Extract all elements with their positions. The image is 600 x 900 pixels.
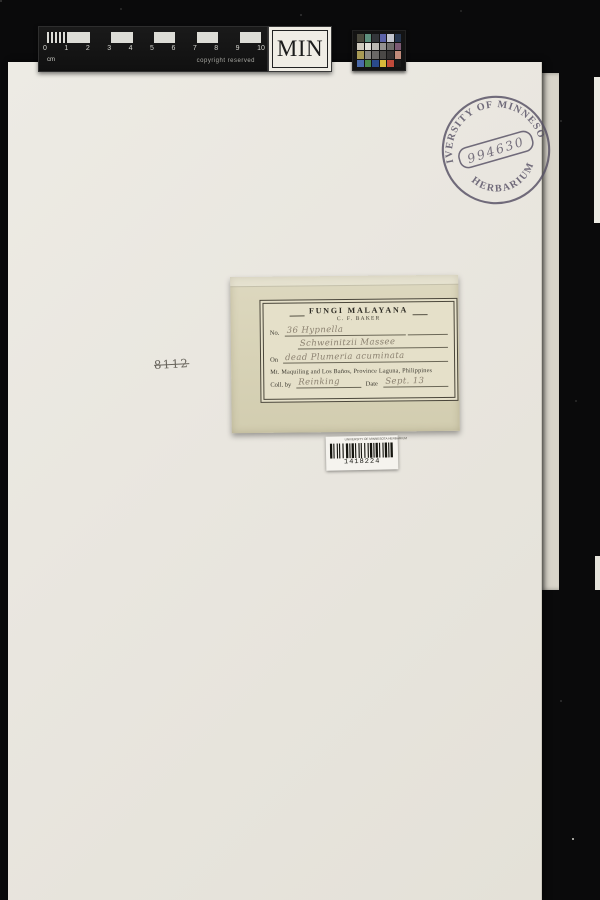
scale-segment: [68, 32, 89, 43]
paper-edge-sliver-bottom: [595, 556, 600, 590]
barcode-bar: [370, 443, 373, 458]
barcode-bar: [342, 443, 343, 458]
scale-number: 2: [86, 45, 90, 52]
barcode-header: UNIVERSITY OF MINNESOTA HERBARIUM: [345, 438, 379, 441]
barcode-bar: [358, 443, 359, 458]
color-patch: [380, 51, 387, 59]
color-patch: [372, 51, 379, 59]
color-patch: [387, 51, 394, 59]
specimen-label: FUNGI MALAYANA C. F. BAKER No. 36 Hypnel…: [259, 298, 458, 403]
cm-scale-bar: 012345678910 cm copyright reserved: [38, 26, 268, 72]
color-patch: [380, 43, 387, 51]
scale-segment: [47, 32, 68, 43]
label-row-substrate: On dead Plumeria acuminata: [270, 348, 448, 363]
label-row-name2: Schweinitzii Massee: [270, 334, 448, 349]
label-backing-paper: FUNGI MALAYANA C. F. BAKER No. 36 Hypnel…: [230, 275, 460, 433]
scale-segment: [133, 32, 154, 43]
barcode-number: 1418224: [329, 457, 395, 466]
scale-number: 3: [107, 45, 111, 52]
label-backing-fold: [230, 275, 458, 287]
scale-number: 4: [129, 45, 133, 52]
label-row-collector: Coll. by Reinking Date Sept. 13: [270, 373, 448, 388]
color-patch: [387, 60, 394, 68]
color-patch: [357, 51, 364, 59]
substrate-prefix: On: [270, 356, 281, 363]
number-blank: 36 Hypnella: [284, 324, 406, 336]
color-patch: [395, 43, 402, 51]
color-patch: [357, 43, 364, 51]
color-patch: [387, 43, 394, 51]
barcode-sticker: UNIVERSITY OF MINNESOTA HERBARIUM 141822…: [326, 435, 399, 471]
color-patch: [372, 34, 379, 42]
scale-number: 8: [214, 45, 218, 52]
barcode-bar: [330, 444, 333, 459]
color-patch: [365, 60, 372, 68]
barcode-bar: [388, 442, 389, 457]
scale-segment: [154, 32, 175, 43]
label-header: FUNGI MALAYANA C. F. BAKER: [309, 305, 408, 322]
barcode-bar: [349, 443, 350, 458]
color-patch: [395, 60, 402, 68]
date-blank: Sept. 13: [383, 376, 449, 388]
color-patch: [357, 60, 364, 68]
color-patch: [380, 60, 387, 68]
color-patch: [372, 43, 379, 51]
color-patch: [365, 43, 372, 51]
barcode-bar: [390, 442, 393, 457]
label-row-number: No. 36 Hypnella: [270, 321, 448, 336]
handwritten-date: Sept. 13: [383, 376, 426, 387]
scale-segment: [218, 32, 239, 43]
scale-segment: [175, 32, 196, 43]
scale-number: 1: [64, 45, 68, 52]
scale-bar-segments: [47, 32, 261, 43]
barcode-bar: [337, 444, 338, 459]
header-rule-left: [289, 315, 305, 316]
scale-segment: [240, 32, 261, 43]
barcode-bar: [379, 443, 380, 458]
institution-code-frame: MIN: [272, 30, 328, 68]
color-patch: [380, 34, 387, 42]
date-prefix: Date: [362, 381, 381, 388]
name2-blank: Schweinitzii Massee: [298, 337, 448, 350]
substrate-blank: dead Plumeria acuminata: [283, 350, 448, 363]
scale-number: 5: [150, 45, 154, 52]
institution-code-card: MIN: [268, 26, 332, 72]
scale-segment: [90, 32, 111, 43]
scale-bar-assembly: 012345678910 cm copyright reserved MIN: [38, 26, 332, 72]
barcode-bar: [373, 443, 374, 458]
scale-bar-copyright: copyright reserved: [197, 58, 255, 64]
scale-number: 6: [171, 45, 175, 52]
barcode-bar: [346, 443, 349, 458]
collector-blank: Reinking: [296, 377, 362, 389]
pencil-accession-number: 8112: [154, 356, 190, 372]
institution-code: MIN: [277, 36, 323, 62]
scale-number: 0: [43, 45, 47, 52]
number-prefix: No.: [270, 329, 283, 336]
handwritten-name-line2: Schweinitzii Massee: [298, 337, 398, 349]
label-header-row: FUNGI MALAYANA C. F. BAKER: [270, 305, 448, 323]
color-patch: [357, 34, 364, 42]
color-patch: [365, 51, 372, 59]
barcode-bar: [333, 444, 334, 459]
handwritten-substrate: dead Plumeria acuminata: [283, 350, 407, 362]
barcode-bar: [375, 443, 378, 458]
scale-bar-unit: cm: [47, 57, 55, 63]
color-patch: [395, 34, 402, 42]
collector-prefix: Coll. by: [270, 382, 294, 389]
label-author: C. F. BAKER: [309, 315, 408, 322]
barcode-bar: [352, 443, 355, 458]
handwritten-number-name: 36 Hypnella: [284, 324, 345, 335]
scale-number: 7: [193, 45, 197, 52]
scale-number: 9: [236, 45, 240, 52]
scale-bar-numbers: 012345678910: [43, 45, 265, 52]
background-specks: [0, 0, 2, 2]
barcode-bar: [382, 443, 383, 458]
scale-number: 10: [257, 45, 265, 52]
header-rule-right: [412, 314, 428, 315]
barcode-bar: [339, 443, 340, 458]
label-locality: Mt. Maquiling and Los Baños, Province La…: [270, 361, 448, 375]
handwritten-collector: Reinking: [296, 377, 342, 388]
label-title: FUNGI MALAYANA: [309, 305, 408, 315]
color-patch-grid: [357, 34, 401, 67]
color-patch: [372, 60, 379, 68]
scale-segment: [111, 32, 132, 43]
barcode-bar: [367, 443, 368, 458]
color-patch: [387, 34, 394, 42]
barcode-bar: [385, 442, 388, 457]
color-patch: [395, 51, 402, 59]
barcode-bar: [355, 443, 356, 458]
paper-edge-sliver-top: [594, 77, 600, 223]
color-patch: [365, 34, 372, 42]
barcode-bar: [361, 443, 362, 458]
scale-segment: [197, 32, 218, 43]
barcode-bar: [364, 443, 365, 458]
specimen-label-frame: FUNGI MALAYANA C. F. BAKER No. 36 Hypnel…: [262, 301, 455, 400]
color-calibration-target: [352, 30, 406, 71]
barcode-bars: [330, 442, 394, 458]
